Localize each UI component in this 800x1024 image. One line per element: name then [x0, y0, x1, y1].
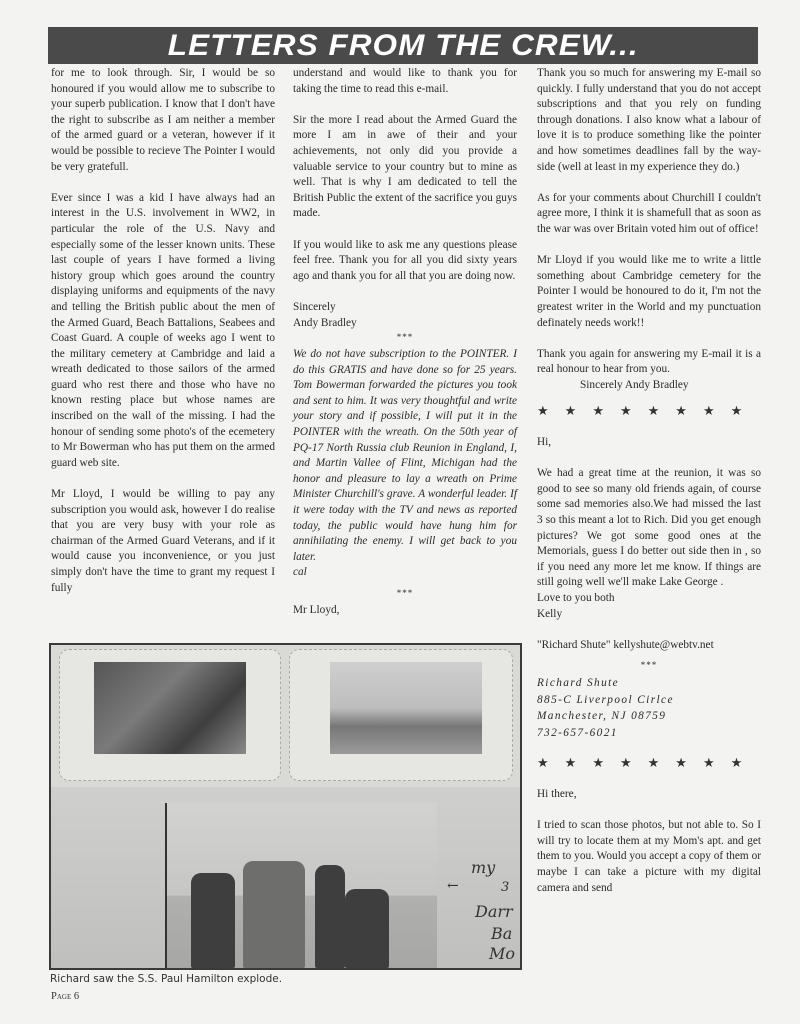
- page-number: Page 6: [51, 991, 79, 1002]
- email-line: "Richard Shute" kellyshute@webtv.net: [537, 638, 761, 654]
- gun-mount: [243, 861, 305, 968]
- handwritten-note: 3: [501, 877, 509, 899]
- separator: ***: [537, 659, 761, 671]
- editor-signature: cal: [293, 565, 517, 581]
- star-icon: ★: [675, 403, 687, 419]
- editor-reply: We do not have subscription to the POINT…: [293, 347, 517, 565]
- letter-paragraph: We had a great time at the reunion, it w…: [537, 466, 761, 591]
- column-1: for me to look through. Sir, I would be …: [51, 66, 275, 612]
- star-icon: ★: [537, 755, 549, 771]
- letter-signature: Kelly: [537, 607, 761, 623]
- address-city: Manchester, NJ 08759: [537, 708, 761, 725]
- star-icon: ★: [731, 403, 743, 419]
- letter-closing: Sincerely: [293, 300, 517, 316]
- photo-caption: Richard saw the S.S. Paul Hamilton explo…: [50, 973, 282, 985]
- photo-ship-deck: [330, 662, 482, 754]
- star-icon: ★: [675, 755, 687, 771]
- letter-signoff: Sincerely Andy Bradley: [537, 378, 761, 394]
- star-icon: ★: [565, 403, 577, 419]
- handwritten-note: Mo: [489, 943, 515, 965]
- star-icon: ★: [592, 403, 604, 419]
- letter-paragraph: Ever since I was a kid I have always had…: [51, 191, 275, 472]
- section-title: LETTERS FROM THE CREW...: [168, 29, 639, 63]
- photo-gun-crew: [165, 803, 437, 970]
- letter-paragraph: If you would like to ask me any question…: [293, 238, 517, 285]
- handwritten-note: Ba: [491, 923, 512, 945]
- handwritten-note: Darr: [475, 901, 513, 923]
- crew-figure: [191, 873, 235, 968]
- album-page-right: [289, 649, 513, 781]
- star-divider: ★ ★ ★ ★ ★ ★ ★ ★: [537, 755, 761, 771]
- letter-paragraph: As for your comments about Churchill I c…: [537, 191, 761, 238]
- address-street: 885-C Liverpool Cirlce: [537, 692, 761, 709]
- address-phone: 732-657-6021: [537, 725, 761, 742]
- crew-figure: [345, 889, 389, 968]
- letter-paragraph: Sir the more I read about the Armed Guar…: [293, 113, 517, 222]
- photo-album-image: my 3 ← Darr Ba Mo: [49, 643, 522, 970]
- letter-closing: Love to you both: [537, 591, 761, 607]
- separator: ***: [293, 331, 517, 343]
- star-icon: ★: [537, 403, 549, 419]
- letter-greeting: Mr Lloyd,: [293, 603, 517, 619]
- letter-greeting: Hi,: [537, 435, 761, 451]
- star-icon: ★: [648, 403, 660, 419]
- handwritten-note: my: [471, 857, 495, 879]
- letter-paragraph: Thank you so much for answering my E-mai…: [537, 66, 761, 175]
- letter-paragraph: Mr Lloyd if you would like me to write a…: [537, 253, 761, 331]
- section-banner: LETTERS FROM THE CREW...: [48, 27, 758, 64]
- star-icon: ★: [703, 403, 715, 419]
- column-2: understand and would like to thank you f…: [293, 66, 517, 634]
- star-icon: ★: [620, 755, 632, 771]
- separator: ***: [293, 587, 517, 599]
- star-icon: ★: [592, 755, 604, 771]
- photo-crew-group: [94, 662, 246, 754]
- letter-greeting: Hi there,: [537, 787, 761, 803]
- arrow-icon: ←: [447, 875, 459, 897]
- crew-figure: [315, 865, 345, 968]
- star-icon: ★: [620, 403, 632, 419]
- letter-paragraph: understand and would like to thank you f…: [293, 66, 517, 97]
- star-icon: ★: [703, 755, 715, 771]
- star-icon: ★: [565, 755, 577, 771]
- album-page-left: [59, 649, 281, 781]
- star-icon: ★: [648, 755, 660, 771]
- column-3: Thank you so much for answering my E-mai…: [537, 66, 761, 912]
- star-divider: ★ ★ ★ ★ ★ ★ ★ ★: [537, 403, 761, 419]
- letter-paragraph: I tried to scan those photos, but not ab…: [537, 818, 761, 896]
- address-name: Richard Shute: [537, 675, 761, 692]
- letter-paragraph: Mr Lloyd, I would be willing to pay any …: [51, 487, 275, 596]
- address-block: Richard Shute 885-C Liverpool Cirlce Man…: [537, 675, 761, 741]
- letter-paragraph: for me to look through. Sir, I would be …: [51, 66, 275, 175]
- letter-paragraph: Thank you again for answering my E-mail …: [537, 347, 761, 378]
- letter-signature: Andy Bradley: [293, 316, 517, 332]
- star-icon: ★: [731, 755, 743, 771]
